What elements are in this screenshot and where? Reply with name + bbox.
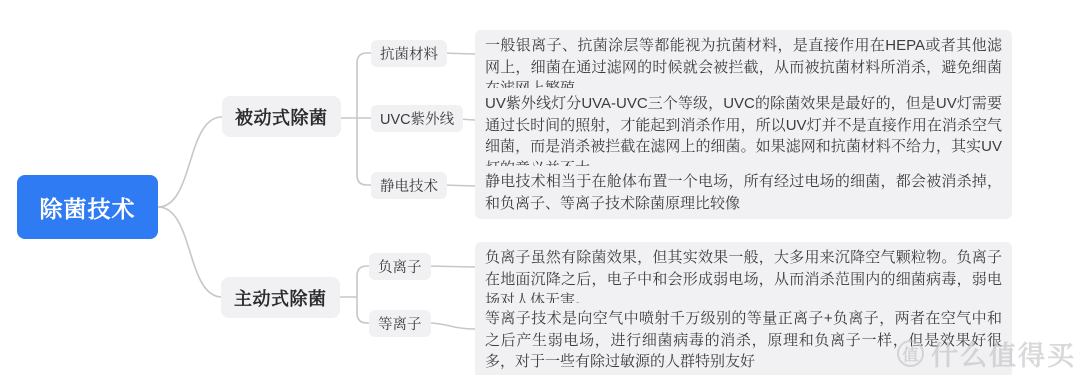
- connector-root-active: [158, 207, 222, 297]
- root-node-sterilization-tech[interactable]: 除菌技术: [17, 175, 158, 239]
- watermark-text: 什么值得买: [931, 334, 1076, 373]
- desc-electrostatic-tech[interactable]: 静电技术相当于在舱体布置一个电场，所有经过电场的细菌，都会被消杀掉，和负离子、等…: [475, 166, 1012, 219]
- branch-active-sterilization[interactable]: 主动式除菌: [221, 277, 340, 318]
- connector-plasma-desc: [428, 323, 475, 329]
- leaf-plasma[interactable]: 等离子: [369, 310, 431, 337]
- leaf-negative-ion[interactable]: 负离子: [369, 253, 431, 280]
- leaf-antibacterial-material[interactable]: 抗菌材料: [371, 40, 447, 67]
- branch-passive-sterilization[interactable]: 被动式除菌: [222, 96, 341, 137]
- mindmap-canvas: 除菌技术 被动式除菌 主动式除菌 抗菌材料 UVC紫外线 静电技术 负离子 等离…: [0, 0, 1080, 375]
- watermark: 值 什么值得买: [897, 334, 1076, 373]
- leaf-uvc-ultraviolet[interactable]: UVC紫外线: [371, 105, 463, 132]
- connector-passive-bracket: [357, 53, 371, 185]
- connector-negative-ion-desc: [426, 266, 475, 267]
- smzdm-logo-icon: 值: [897, 340, 924, 367]
- connector-root-passive: [158, 117, 222, 207]
- connector-active-bracket: [357, 266, 369, 323]
- leaf-electrostatic-tech[interactable]: 静电技术: [371, 172, 447, 199]
